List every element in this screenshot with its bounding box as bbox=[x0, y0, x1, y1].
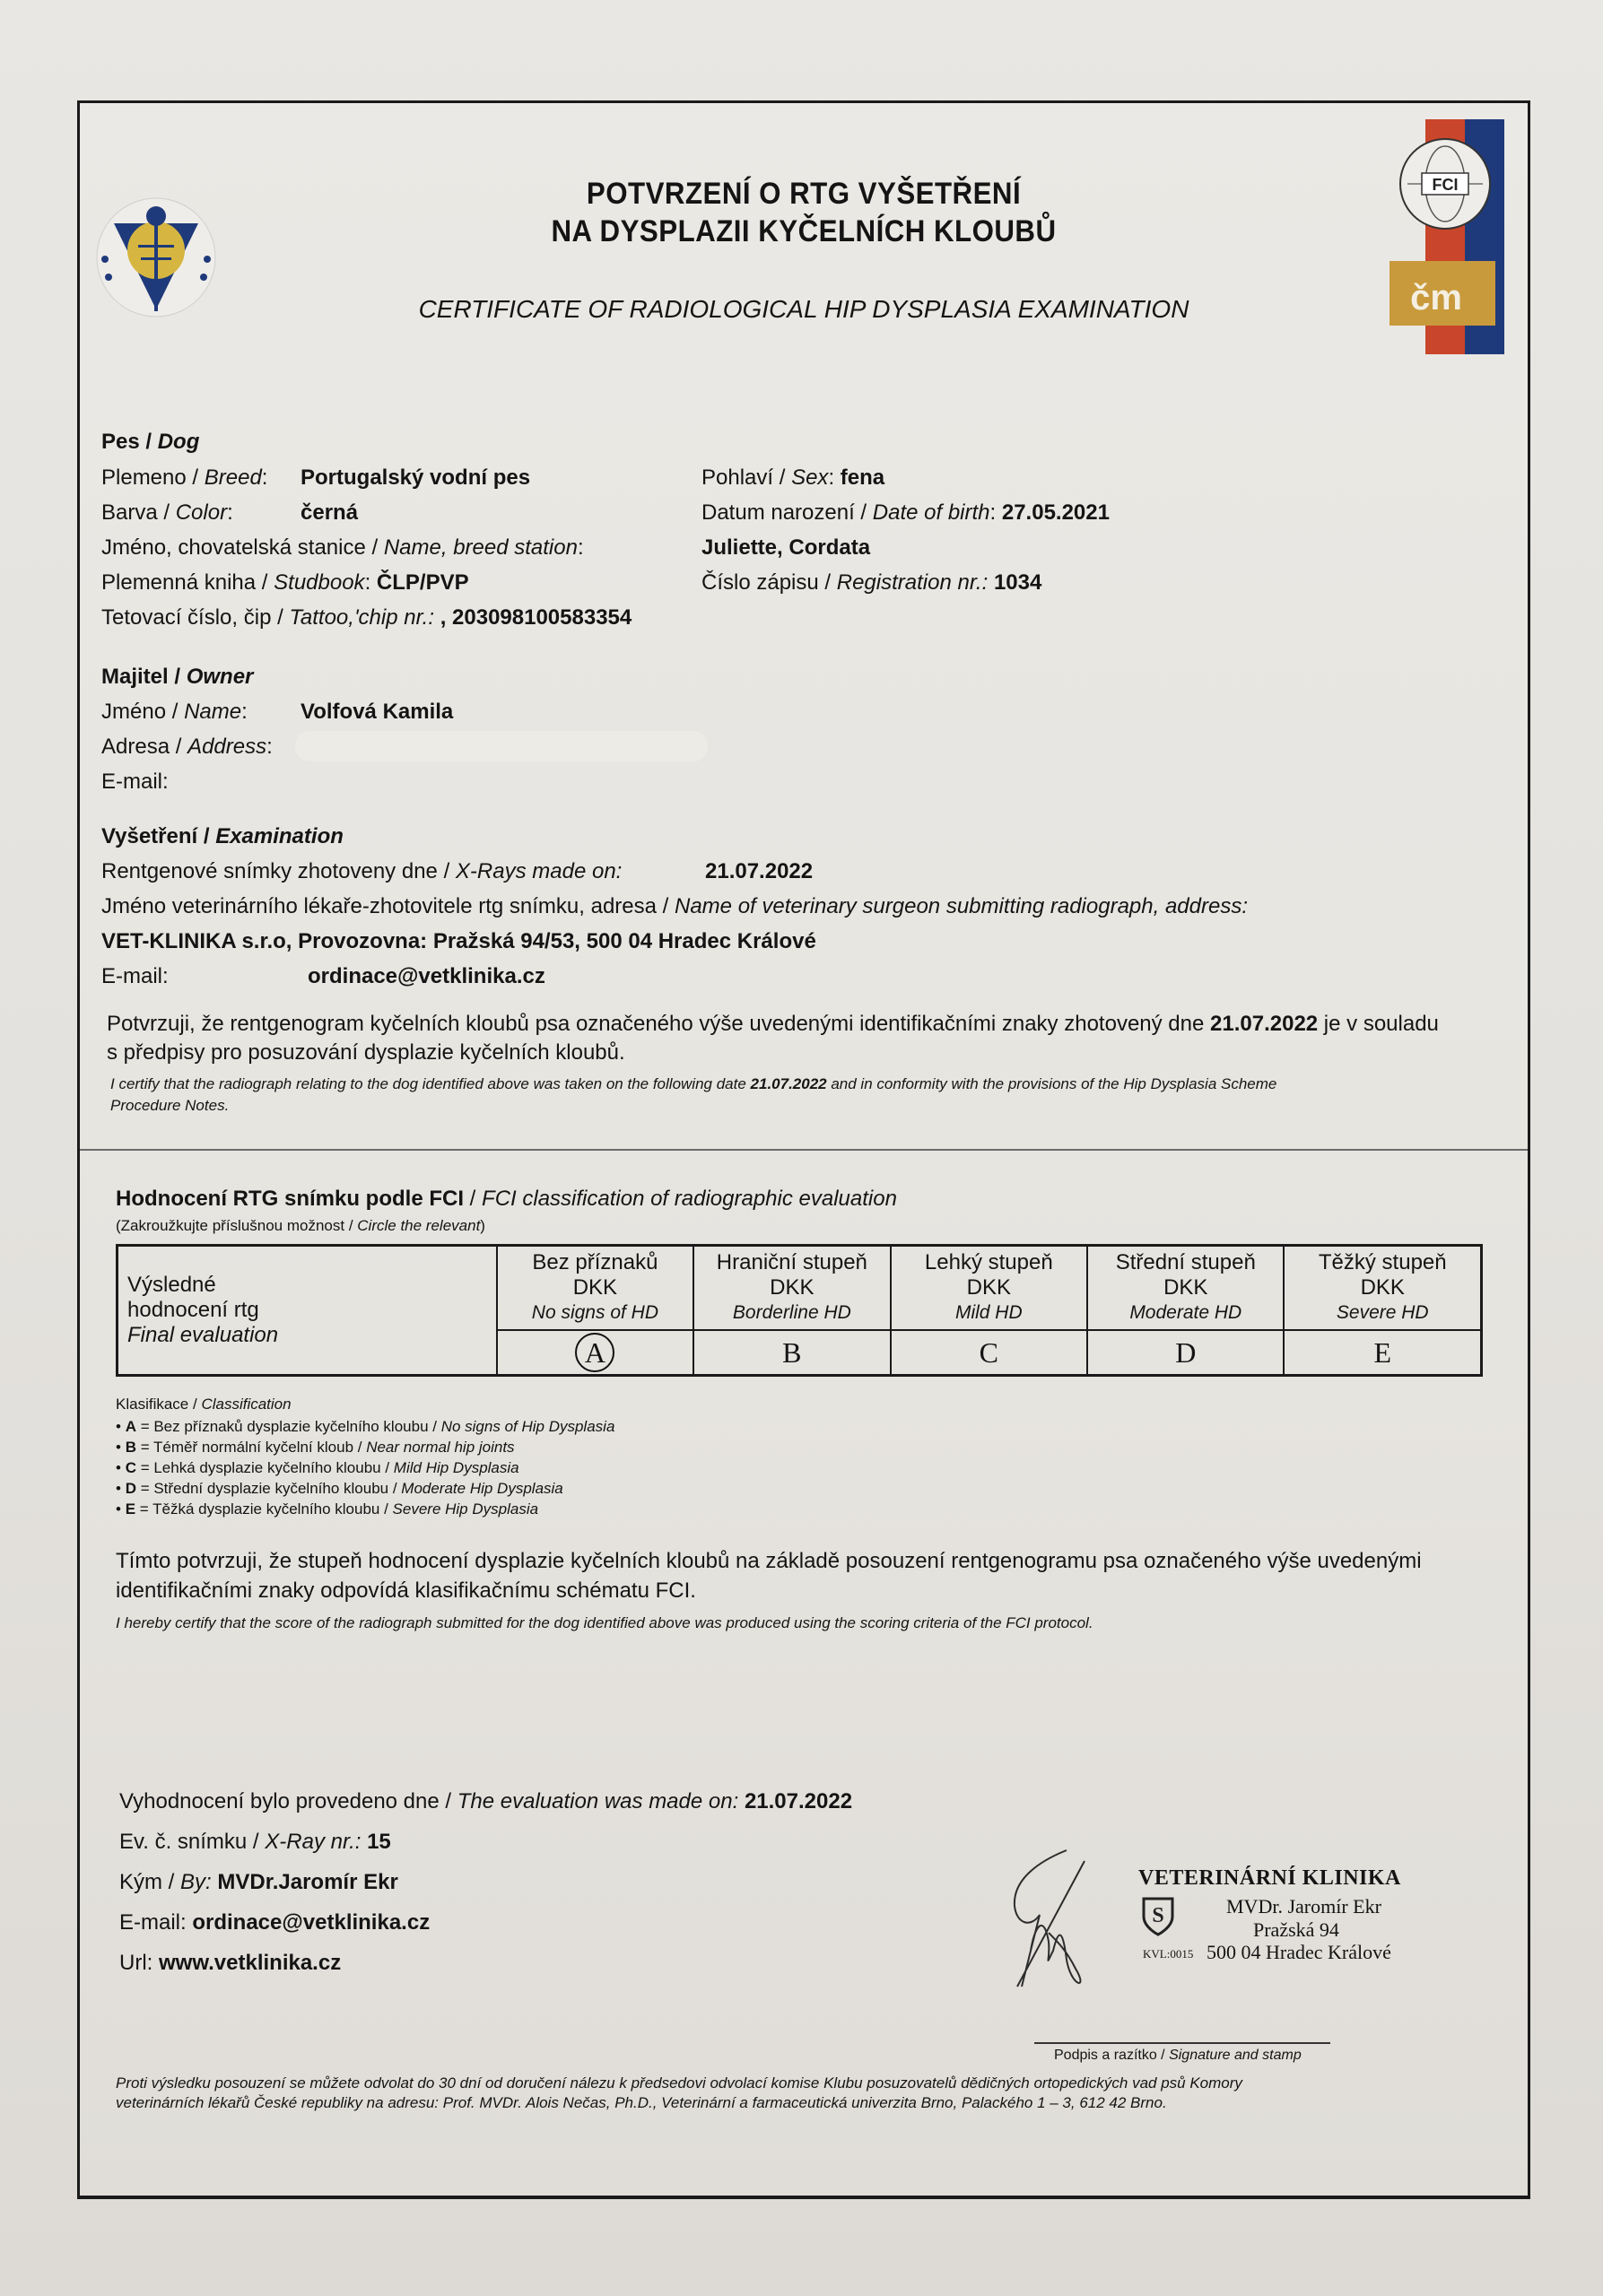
grade-cell-b[interactable]: B bbox=[693, 1330, 890, 1376]
owner-email-label: E-mail: bbox=[101, 770, 169, 795]
fci-cmku-logo-icon: FCI čm bbox=[1390, 119, 1506, 354]
confirm-en-line-2: Procedure Notes. bbox=[110, 1097, 229, 1115]
chip-row: Tetovací číslo, čip / Tattoo,'chip nr.: … bbox=[101, 605, 632, 631]
grade-cell-a[interactable]: A bbox=[497, 1330, 693, 1376]
name-row: Jméno, chovatelská stanice / Name, breed… bbox=[101, 535, 584, 561]
certification-cz-line-2: identifikačními znaky odpovídá klasifika… bbox=[116, 1578, 696, 1604]
surgeon-value: VET-KLINIKA s.r.o, Provozovna: Pražská 9… bbox=[101, 929, 816, 954]
sex-row: Pohlaví / Sex: fena bbox=[701, 465, 884, 491]
grade-cell-c[interactable]: C bbox=[891, 1330, 1087, 1376]
studbook-row: Plemenná kniha / Studbook: ČLP/PVP bbox=[101, 570, 469, 596]
classification-item: • E = Těžká dysplazie kyčelního kloubu /… bbox=[116, 1499, 614, 1519]
grade-cell-d[interactable]: D bbox=[1087, 1330, 1284, 1376]
color-row: Barva / Color: bbox=[101, 500, 233, 526]
classification-list: • A = Bez příznaků dysplazie kyčelního k… bbox=[116, 1416, 614, 1519]
dob-row: Datum narození / Date of birth: 27.05.20… bbox=[701, 500, 1110, 526]
owner-address-row: Adresa / Address: bbox=[101, 735, 273, 760]
signature-caption: Podpis a razítko / Signature and stamp bbox=[1054, 2048, 1302, 2064]
title-line-1: POTVRZENÍ O RTG VYŠETŘENÍ bbox=[138, 177, 1470, 212]
final-evaluation-label: Výsledné hodnocení rtg Final evaluation bbox=[118, 1246, 497, 1376]
examination-section-heading: Vyšetření / Examination bbox=[101, 824, 344, 849]
grade-header-c: Lehký stupeňDKKMild HD bbox=[891, 1246, 1087, 1331]
dog-section-heading: Pes / Dog bbox=[101, 430, 199, 455]
registration-row: Číslo zápisu / Registration nr.: 1034 bbox=[701, 570, 1041, 596]
breed-row: Plemeno / Breed: bbox=[101, 465, 267, 491]
section-divider bbox=[80, 1149, 1528, 1151]
grade-header-d: Střední stupeňDKKModerate HD bbox=[1087, 1246, 1284, 1331]
confirm-cz-line-2: s předpisy pro posuzování dysplazie kyče… bbox=[107, 1040, 625, 1065]
confirm-en-line-1: I certify that the radiograph relating t… bbox=[110, 1075, 1276, 1093]
xray-date-row: Rentgenové snímky zhotoveny dne / X-Rays… bbox=[101, 859, 622, 884]
owner-name-value: Volfová Kamila bbox=[301, 700, 453, 725]
evaluated-by-row: Kým / By: MVDr.Jaromír Ekr bbox=[119, 1870, 398, 1895]
stamp-title: VETERINÁRNÍ KLINIKA bbox=[1138, 1866, 1401, 1891]
classification-item: • D = Střední dysplazie kyčelního kloubu… bbox=[116, 1478, 614, 1499]
evaluation-date-row: Vyhodnocení bylo provedeno dne / The eva… bbox=[119, 1789, 852, 1814]
grade-table: Výsledné hodnocení rtg Final evaluation … bbox=[116, 1244, 1483, 1377]
stamp-street: Pražská 94 bbox=[1253, 1918, 1339, 1942]
svg-text:čm: čm bbox=[1410, 278, 1462, 317]
subtitle: CERTIFICATE OF RADIOLOGICAL HIP DYSPLASI… bbox=[80, 295, 1528, 324]
evaluation-instruction: (Zakroužkujte příslušnou možnost / Circl… bbox=[116, 1217, 485, 1235]
classification-heading: Klasifikace / Classification bbox=[116, 1396, 292, 1413]
grade-header-b: Hraniční stupeňDKKBorderline HD bbox=[693, 1246, 890, 1331]
surgeon-email-label: E-mail: bbox=[101, 964, 169, 989]
appeal-line-2: veterinárních lékařů České republiky na … bbox=[116, 2094, 1167, 2112]
breed-value: Portugalský vodní pes bbox=[301, 465, 530, 491]
certificate-frame: POTVRZENÍ O RTG VYŠETŘENÍ NA DYSPLAZII K… bbox=[77, 100, 1530, 2199]
confirm-cz-line-1: Potvrzuji, že rentgenogram kyčelních klo… bbox=[107, 1012, 1439, 1037]
evaluation-heading: Hodnocení RTG snímku podle FCI / FCI cla… bbox=[116, 1187, 897, 1212]
grade-header-e: Těžký stupeňDKKSevere HD bbox=[1284, 1246, 1481, 1331]
surgeon-email-value: ordinace@vetklinika.cz bbox=[308, 964, 545, 989]
name-value: Juliette, Cordata bbox=[701, 535, 870, 561]
shield-icon: S bbox=[1140, 1895, 1176, 1936]
classification-item: • A = Bez příznaků dysplazie kyčelního k… bbox=[116, 1416, 614, 1437]
color-value: černá bbox=[301, 500, 358, 526]
circled-grade-a: A bbox=[575, 1333, 614, 1372]
stamp-kvl: KVL:0015 bbox=[1143, 1947, 1193, 1961]
stamp-doctor: MVDr. Jaromír Ekr bbox=[1226, 1895, 1381, 1918]
owner-name-row: Jméno / Name: bbox=[101, 700, 248, 725]
redacted-address bbox=[295, 731, 708, 761]
evaluator-url-row: Url: www.vetklinika.cz bbox=[119, 1951, 341, 1976]
svg-text:S: S bbox=[1152, 1904, 1163, 1927]
surgeon-label: Jméno veterinárního lékaře-zhotovitele r… bbox=[101, 894, 1248, 919]
signature-line bbox=[1034, 2042, 1330, 2044]
classification-item: • B = Téměř normální kyčelní kloub / Nea… bbox=[116, 1437, 614, 1457]
title-line-2: NA DYSPLAZII KYČELNÍCH KLOUBŮ bbox=[138, 214, 1470, 249]
grade-header-a: Bez příznakůDKKNo signs of HD bbox=[497, 1246, 693, 1331]
certification-en: I hereby certify that the score of the r… bbox=[116, 1614, 1093, 1632]
xray-date-value: 21.07.2022 bbox=[705, 859, 813, 884]
xray-nr-row: Ev. č. snímku / X-Ray nr.: 15 bbox=[119, 1830, 391, 1855]
certification-cz-line-1: Tímto potvrzuji, že stupeň hodnocení dys… bbox=[116, 1549, 1422, 1574]
evaluator-email-row: E-mail: ordinace@vetklinika.cz bbox=[119, 1910, 430, 1935]
svg-text:FCI: FCI bbox=[1433, 176, 1459, 194]
owner-section-heading: Majitel / Owner bbox=[101, 665, 253, 690]
appeal-line-1: Proti výsledku posouzení se můžete odvol… bbox=[116, 2074, 1242, 2092]
classification-item: • C = Lehká dysplazie kyčelního kloubu /… bbox=[116, 1457, 614, 1478]
signature-icon bbox=[1004, 1843, 1102, 1996]
stamp-city: 500 04 Hradec Králové bbox=[1207, 1941, 1391, 1964]
grade-cell-e[interactable]: E bbox=[1284, 1330, 1481, 1376]
